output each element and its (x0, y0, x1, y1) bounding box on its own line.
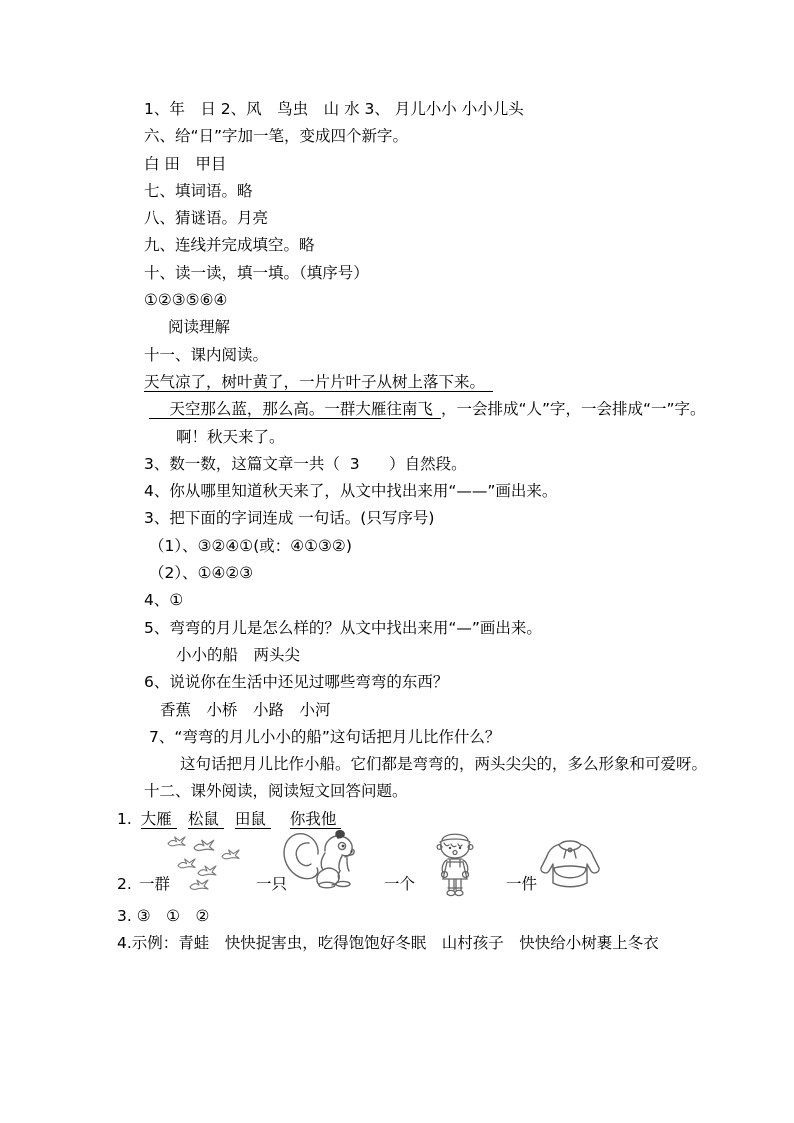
answer-line-1: 1、年 日 2、风 鸟虫 山 水 3、 月儿小小 小小儿头 (144, 96, 794, 123)
child-illustration (434, 827, 476, 903)
document-page: 1、年 日 2、风 鸟虫 山 水 3、 月儿小小 小小儿头 六、给“日”字加一笔… (0, 0, 794, 1123)
q11-answer-3: 3、把下面的字词连成 一句话。(只写序号) (144, 505, 794, 532)
underlined-word: 你我他 (290, 810, 342, 829)
passage-line-2: 天空那么蓝，那么高。一群大雁往南飞，一会排成“人”字，一会排成“一”字。 (149, 396, 794, 423)
q11-answer-7: 7、“弯弯的月儿小小的船”这句话把月儿比作什么？ (149, 724, 794, 751)
underlined-word: 大雁 (141, 810, 177, 829)
q12-item-3: 3. ③ ① ② (117, 903, 794, 930)
answer-line-9: 九、连线并完成填空。略 (144, 232, 794, 259)
answer-line-10-sequence: ①②③⑤⑥④ (144, 287, 794, 314)
q11-answer-3-1: （1）、③②④①(或：④①③②) (149, 533, 794, 560)
q11-answer-1: 3、数一数，这篇文章一共（ 3 ）自然段。 (144, 451, 794, 478)
underlined-word: 松鼠 (188, 810, 224, 829)
measure-word-label-group: 一个 (384, 873, 415, 895)
q11-answer-5-result: 小小的船 两头尖 (176, 642, 794, 669)
passage-line-3: 啊！秋天来了。 (176, 424, 794, 451)
answer-line-6-result: 白 田 甲目 (144, 151, 794, 178)
flying-birds-illustration (166, 831, 250, 891)
reading-section-title: 阅读理解 (168, 314, 794, 341)
q11-answer-2: 4、你从哪里知道秋天来了，从文中找出来用“——”画出来。 (144, 478, 794, 505)
q12-item-2-number: 2. (117, 873, 132, 895)
passage-line-2-underline: 天空那么蓝，那么高。一群大雁往南飞 (149, 400, 441, 419)
q11-answer-3-2: （2）、①④②③ (149, 560, 794, 587)
squirrel-illustration (281, 829, 361, 893)
q12-item-1-number: 1. (117, 810, 132, 828)
answer-line-10: 十、读一读，填一填。（填序号） (144, 260, 794, 287)
underlined-word: 田鼠 (235, 810, 271, 829)
answer-line-6: 六、给“日”字加一笔，变成四个新字。 (144, 123, 794, 150)
q11-answer-4: 4、① (144, 587, 794, 614)
passage-line-2-rest: ，一会排成“人”字，一会排成“一”字。 (441, 400, 706, 418)
q11-answer-5: 5、弯弯的月儿是怎么样的？从文中找出来用“—”画出来。 (144, 615, 794, 642)
q11-header: 十一、课内阅读。 (144, 342, 794, 369)
q12-header: 十二、课外阅读，阅读短文回答问题。 (144, 778, 794, 805)
answer-line-7: 七、填词语。略 (144, 178, 794, 205)
q12-item-2-illustration-row: 2. 一群 一只 (0, 833, 794, 903)
q11-answer-7-result: 这句话把月儿比作小船。它们都是弯弯的，两头尖尖的，多么形象和可爱呀。 (180, 751, 794, 778)
passage-line-1-underline: 天气凉了，树叶黄了，一片片叶子从树上落下来。 (144, 373, 493, 392)
measure-word-label-group: 一件 (506, 873, 537, 895)
q11-answer-6: 6、说说你在生活中还见过哪些弯弯的东西？ (144, 669, 794, 696)
passage-line-1: 天气凉了，树叶黄了，一片片叶子从树上落下来。 (144, 369, 794, 396)
answer-line-8: 八、猜谜语。月亮 (144, 205, 794, 232)
jacket-illustration (536, 837, 604, 895)
q11-answer-6-result: 香蕉 小桥 小路 小河 (160, 697, 794, 724)
q12-item-4: 4.示例：青蛙 快快捉害虫，吃得饱饱好冬眠 山村孩子 快快给小树裹上冬衣 (117, 930, 794, 957)
